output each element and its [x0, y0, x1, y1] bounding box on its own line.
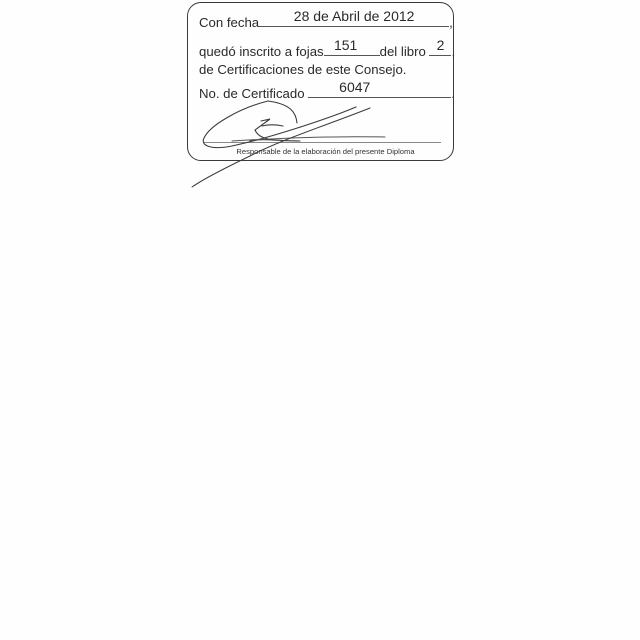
- signature-line: [203, 142, 441, 143]
- date-line: Con fecha28 de Abril de 2012,: [199, 12, 453, 31]
- certificate-number-value: 6047: [308, 79, 401, 95]
- fojas-field: 151: [324, 41, 380, 56]
- libro-value: 2: [429, 37, 451, 53]
- fojas-label: quedó inscrito a fojas: [199, 44, 324, 59]
- certificate-number-field: 6047: [308, 83, 451, 98]
- date-label: Con fecha: [199, 15, 259, 30]
- libro-label: del libro: [380, 44, 426, 59]
- date-suffix: ,: [449, 15, 453, 30]
- certificate-registration-box: Con fecha28 de Abril de 2012, quedó insc…: [187, 2, 454, 161]
- consejo-line: de Certificaciones de este Consejo.: [199, 62, 406, 78]
- fojas-value: 151: [324, 37, 368, 53]
- libro-suffix: ,: [451, 44, 455, 59]
- libro-field: 2: [429, 41, 451, 56]
- certificate-number-suffix: .: [451, 86, 455, 101]
- certificate-number-line: No. de Certificado 6047.: [199, 83, 455, 102]
- signature-caption: Responsable de la elaboración del presen…: [188, 147, 453, 156]
- certificate-number-label: No. de Certificado: [199, 86, 305, 101]
- fojas-line: quedó inscrito a fojas151del libro 2,: [199, 41, 455, 60]
- date-field: 28 de Abril de 2012: [259, 12, 449, 27]
- date-value: 28 de Abril de 2012: [259, 8, 449, 24]
